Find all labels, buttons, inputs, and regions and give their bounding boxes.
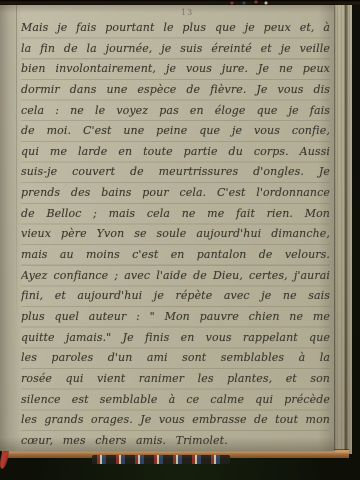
manuscript-line: silence est semblable à ce calme qui pré… [21, 390, 330, 411]
manuscript-line: dormir dans une espèce de fièvre. Je vou… [21, 80, 330, 101]
manuscript-line: prends des bains pour cela. C'est l'ordo… [21, 183, 330, 204]
manuscript-line: de Belloc ; mais cela ne me fait rien. M… [21, 204, 330, 225]
manuscript-line: la fin de la journée, je suis éreinté et… [21, 39, 330, 60]
manuscript-line: les paroles d'un ami sont semblables à l… [21, 348, 330, 369]
manuscript-line: les grands orages. Je vous embrasse de t… [21, 410, 330, 431]
manuscript-line: fini, et aujourd'hui je répète avec je n… [21, 286, 330, 307]
decorated-edge-band [92, 455, 230, 464]
manuscript-line: rosée qui vient ranimer les plantes, et … [21, 369, 330, 390]
manuscript-line: de moi. C'est une peine que je vous conf… [21, 121, 330, 142]
manuscript-line: cela : ne le voyez pas en éloge que je f… [21, 101, 330, 122]
manuscript-line: Mais je fais pourtant le plus que je peu… [21, 18, 330, 39]
letter-text: Mais je fais pourtant le plus que je peu… [21, 18, 330, 451]
book-page-edges [333, 4, 352, 454]
page-crease-line [16, 5, 17, 317]
manuscript-line: qui me larde en toute partie du corps. A… [21, 142, 330, 163]
manuscript-line: mais au moins c'est en pantalon de velou… [21, 245, 330, 266]
manuscript-page: 13 Mais je fais pourtant le plus que je … [0, 5, 334, 451]
page-number-mark: 13 [181, 8, 193, 17]
manuscript-line: cœur, mes chers amis. Trimolet. [21, 431, 330, 452]
manuscript-line: plus quel auteur : " Mon pauvre chien ne… [21, 307, 330, 328]
manuscript-line: bien involontairement, je vous jure. Je … [21, 59, 330, 80]
photo-background: 13 Mais je fais pourtant le plus que je … [0, 0, 360, 480]
manuscript-line: vieux père Yvon se soule aujourd'hui dim… [21, 224, 330, 245]
manuscript-line: suis-je couvert de meurtrissures d'ongle… [21, 162, 330, 183]
manuscript-line: quitte jamais." Je finis en vous rappela… [21, 328, 330, 349]
manuscript-line: Ayez confiance ; avec l'aide de Dieu, ce… [21, 266, 330, 287]
